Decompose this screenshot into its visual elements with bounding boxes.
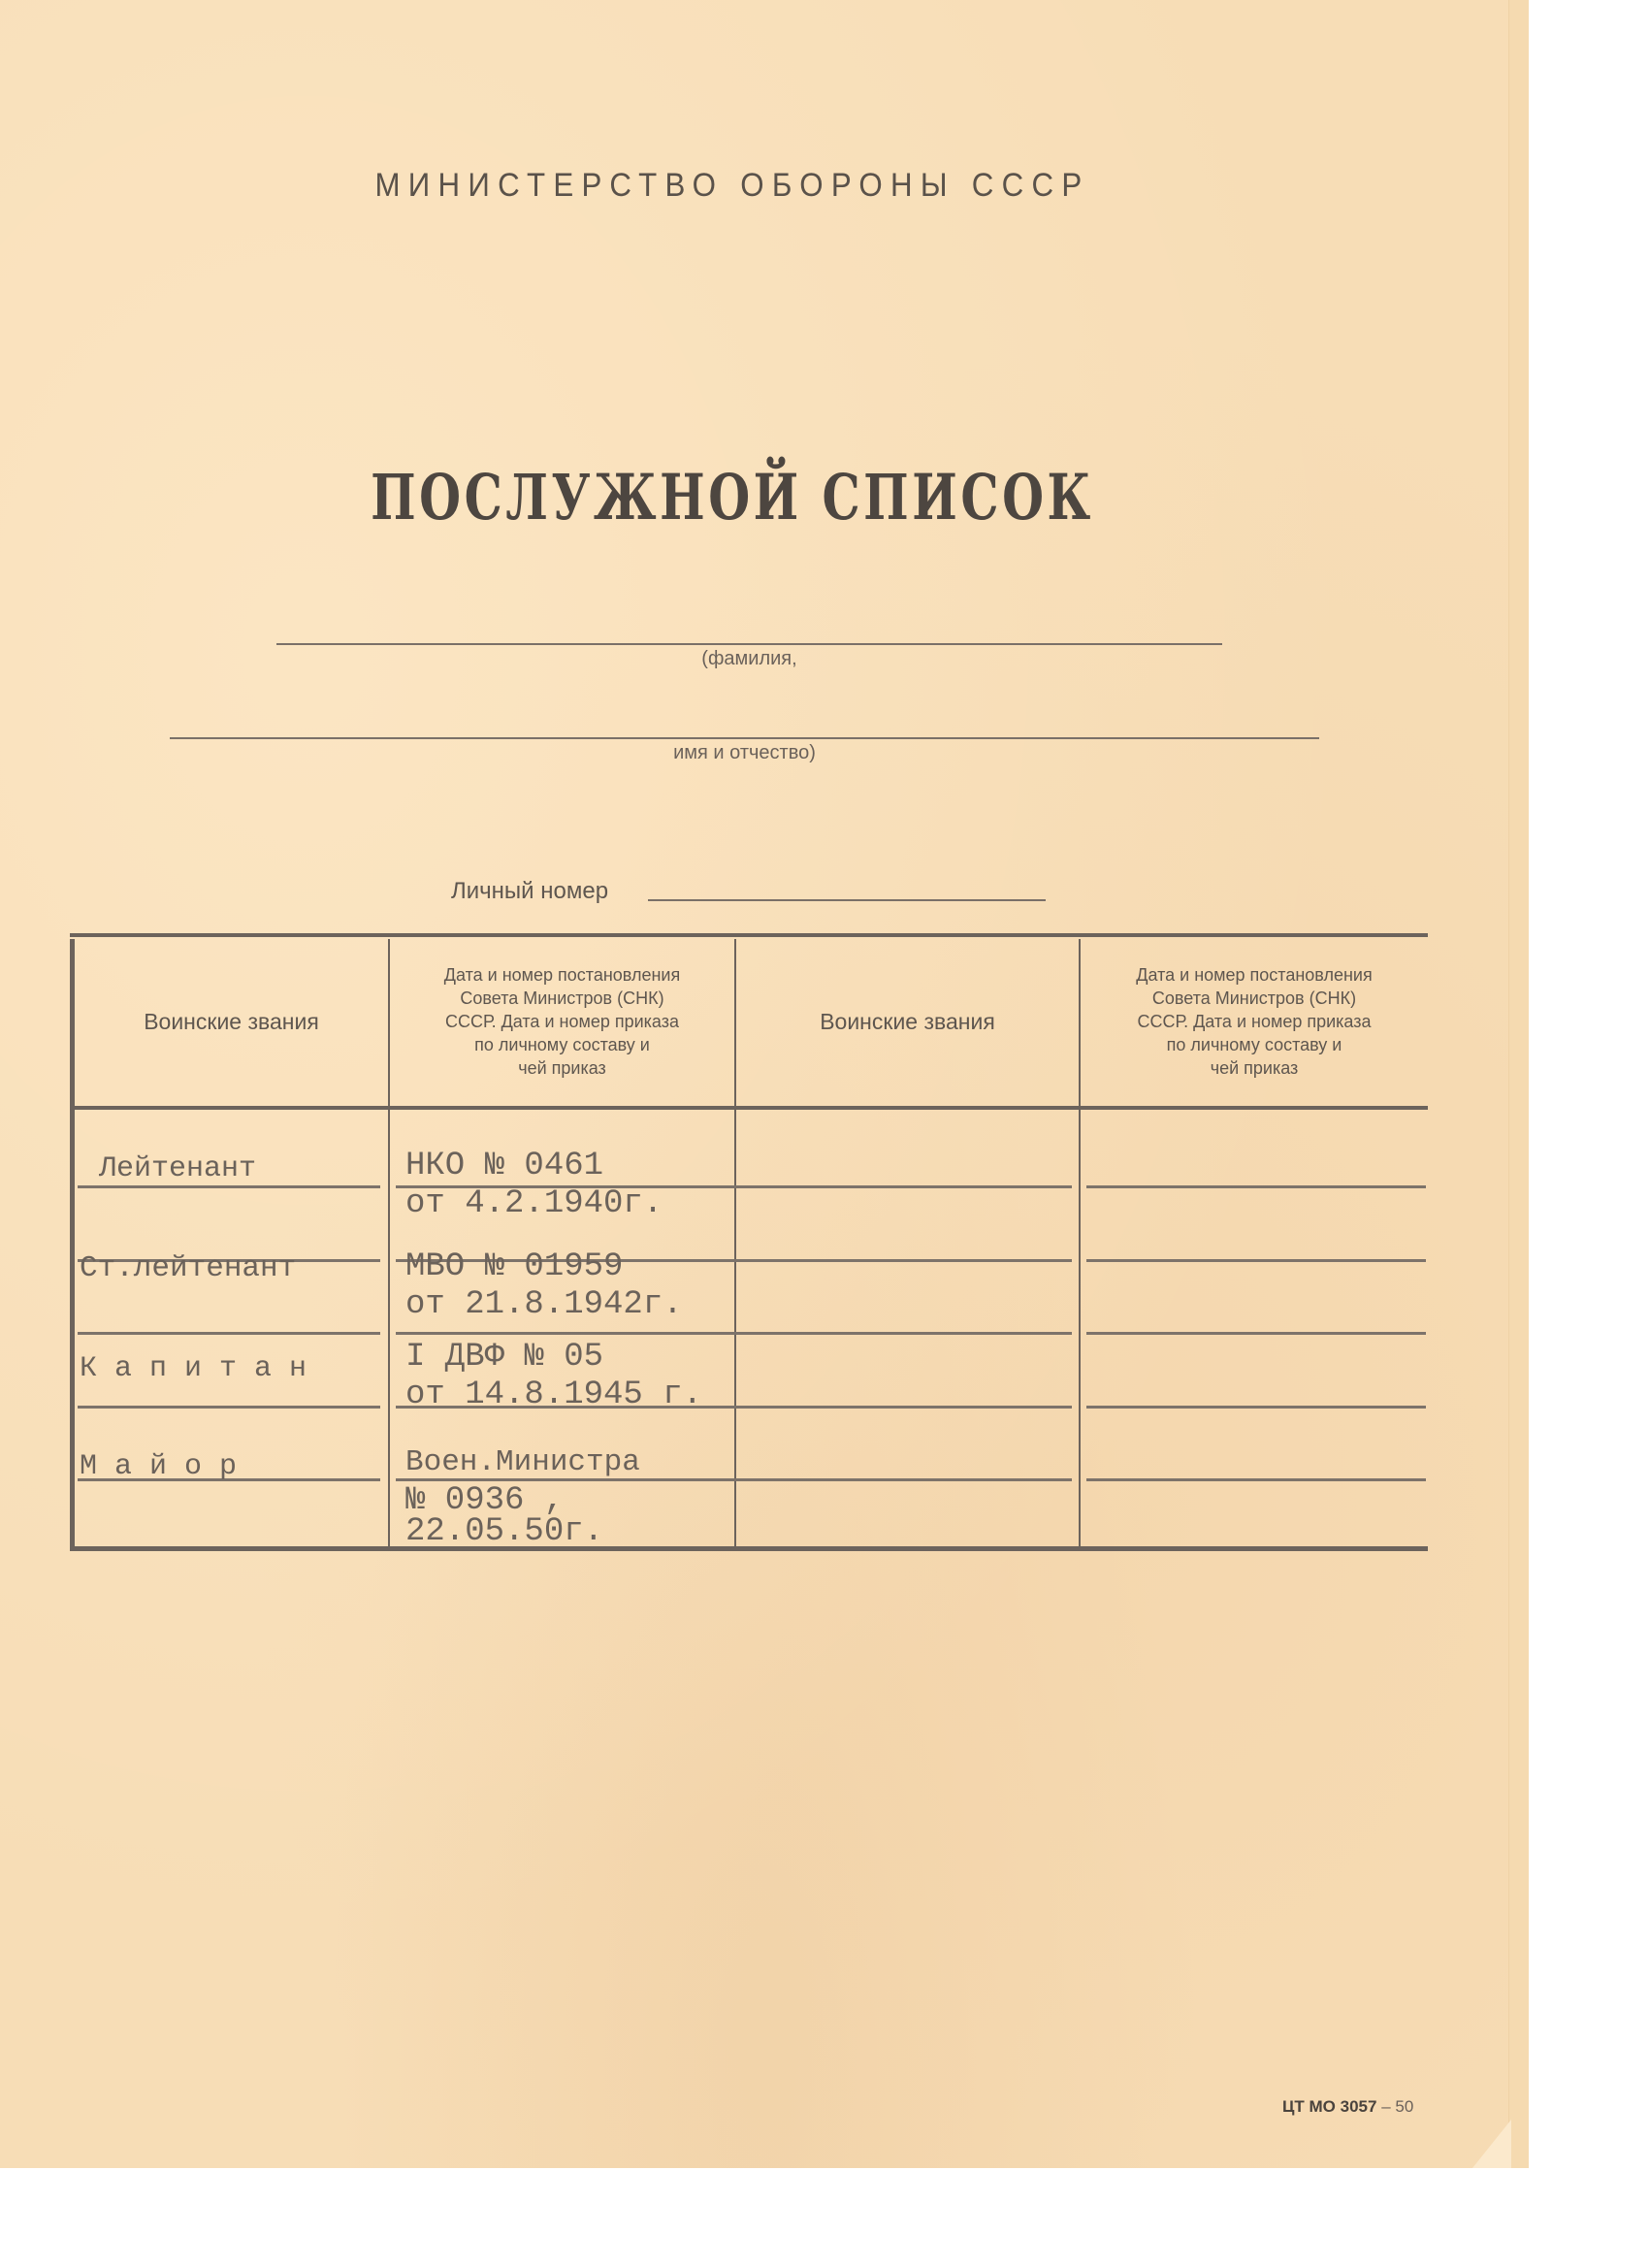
order-cell-line3[interactable]: 22.05.50г. <box>405 1513 603 1550</box>
folded-corner <box>1472 2120 1511 2168</box>
row-rule <box>1086 1332 1426 1335</box>
table-bottom-rule <box>70 1546 1428 1551</box>
ministry-heading: МИНИСТЕРСТВО ОБОРОНЫ СССР <box>58 167 1406 205</box>
row-rule <box>718 1406 1072 1409</box>
document-page: МИНИСТЕРСТВО ОБОРОНЫ СССР ПОСЛУЖНОЙ СПИС… <box>0 0 1528 2168</box>
order-cell-line1[interactable]: МВО № 01959 <box>405 1248 623 1285</box>
row-rule <box>396 1332 727 1335</box>
order-cell-line2[interactable]: от 14.8.1945 г. <box>405 1377 702 1413</box>
document-title: ПОСЛУЖНОЙ СПИСОК <box>88 461 1377 535</box>
row-rule <box>718 1259 1072 1262</box>
row-rule <box>78 1332 380 1335</box>
name-line <box>170 737 1319 739</box>
order-cell-line2[interactable]: от 21.8.1942г. <box>405 1286 683 1323</box>
header-ranks-left: Воинские звания <box>75 937 388 1106</box>
row-rule <box>78 1185 380 1188</box>
row-rule <box>718 1332 1072 1335</box>
row-rule <box>718 1185 1072 1188</box>
row-rule <box>1086 1406 1426 1409</box>
header-order-left: Дата и номер постановления Совета Минист… <box>390 937 734 1106</box>
order-cell-line1[interactable]: НКО № 0461 <box>405 1148 603 1184</box>
row-rule <box>78 1406 380 1409</box>
rank-cell[interactable]: Лейтенант <box>99 1152 256 1185</box>
surname-caption: (фамилия, <box>276 648 1222 670</box>
personal-number-line <box>648 899 1046 901</box>
row-rule <box>718 1478 1072 1481</box>
order-cell-line1[interactable]: Воен.Министра <box>405 1445 640 1479</box>
personal-number-label: Личный номер <box>451 878 608 905</box>
header-order-right: Дата и номер постановления Совета Минист… <box>1081 937 1428 1106</box>
row-rule <box>1086 1478 1426 1481</box>
page-edge <box>1508 0 1529 2168</box>
row-rule <box>1086 1185 1426 1188</box>
table-header-rule <box>70 1106 1428 1110</box>
name-field[interactable] <box>170 706 1319 733</box>
rank-cell[interactable]: Ст.лейтенант <box>80 1251 296 1285</box>
personal-number-field[interactable] <box>648 871 1046 898</box>
rank-cell[interactable]: К а п и т а н <box>80 1352 307 1385</box>
printer-mark: ЦТ МО 3057 – 50 <box>1282 2097 1413 2117</box>
name-caption: имя и отчество) <box>170 742 1319 764</box>
surname-field[interactable] <box>276 613 1222 640</box>
surname-line <box>276 643 1222 645</box>
header-ranks-right: Воинские звания <box>736 937 1079 1106</box>
order-cell-line1[interactable]: I ДВФ № 05 <box>405 1339 603 1376</box>
order-cell-line2[interactable]: от 4.2.1940г. <box>405 1185 663 1222</box>
rank-cell[interactable]: М а й о р <box>80 1450 237 1483</box>
row-rule <box>1086 1259 1426 1262</box>
